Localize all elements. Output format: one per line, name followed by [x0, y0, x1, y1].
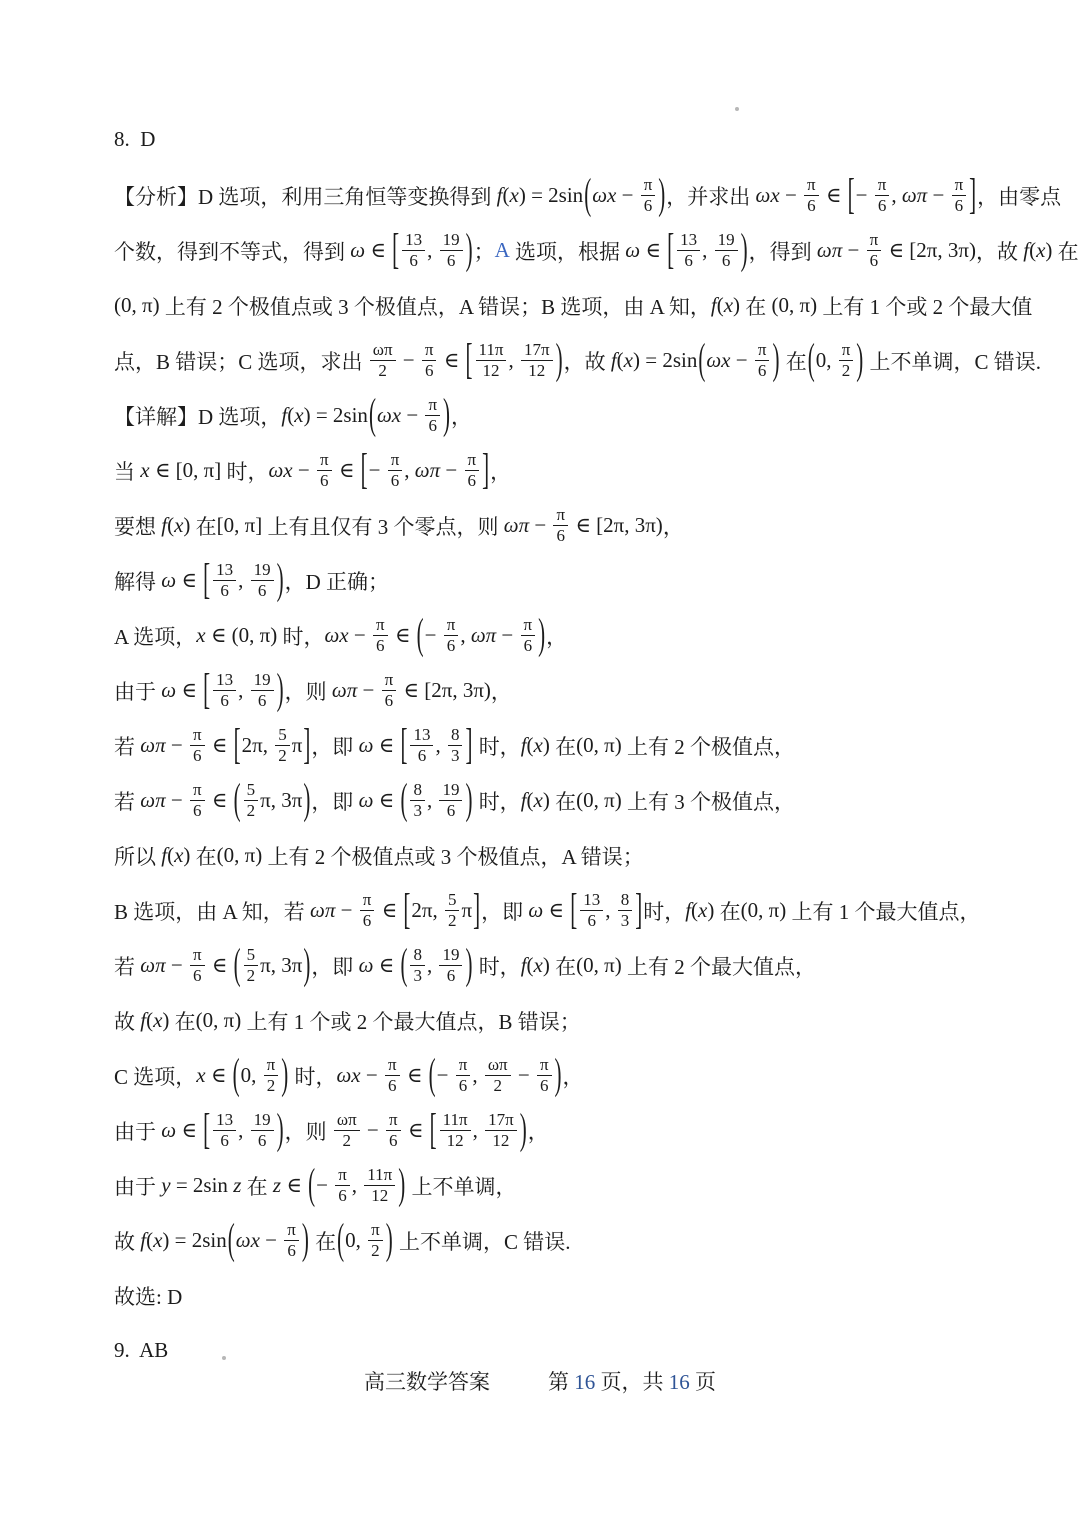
- text-token: 时，: [221, 456, 268, 486]
- text-token: ，: [663, 511, 684, 541]
- text-token: x: [140, 458, 149, 483]
- big-delimiter: (: [399, 939, 408, 990]
- text-token: 上不单调，: [406, 1171, 516, 1201]
- text-token: ) = 2sin: [304, 403, 368, 428]
- text-token: ωx: [324, 623, 348, 648]
- text-token: 在: [780, 346, 806, 376]
- fraction: 196: [251, 671, 274, 710]
- big-delimiter: (: [399, 774, 408, 825]
- text-token: 由于: [114, 1171, 161, 1201]
- detail-line-2: 当 x ∈ [0, π] 时，ωx − π6 ∈ [− π6, ωπ − π6]…: [114, 443, 1004, 498]
- text-token: (: [527, 788, 534, 813]
- text-token: ，: [491, 676, 512, 706]
- text-token: (: [717, 293, 724, 318]
- text-token: ωπ: [140, 733, 165, 758]
- text-token: (: [617, 348, 624, 373]
- fraction: 136: [677, 231, 700, 270]
- text-token: ∈: [373, 953, 399, 978]
- text-token: ωx: [268, 458, 292, 483]
- text-token: ): [707, 898, 714, 923]
- text-token: ωπ: [332, 678, 357, 703]
- text-token: 在: [169, 1006, 195, 1036]
- big-delimiter: [: [399, 719, 408, 770]
- text-token: 上有 3 个极值点，: [622, 786, 795, 816]
- fraction: π6: [465, 451, 480, 490]
- big-delimiter: ): [537, 609, 546, 660]
- text-token: ): [733, 293, 740, 318]
- text-token: −: [401, 403, 423, 428]
- detail-line-5: A 选项，x ∈ (0, π) 时，ωx − π6 ∈ (− π6, ωπ − …: [114, 608, 1004, 663]
- text-token: ，即: [311, 786, 358, 816]
- text-token: 若: [114, 786, 140, 816]
- big-delimiter: (: [368, 389, 377, 440]
- text-token: 在: [241, 1171, 273, 1201]
- text-token: ，故: [976, 236, 1023, 266]
- fraction: π6: [425, 396, 440, 435]
- text-token: x: [174, 843, 183, 868]
- text-token: 时，: [473, 786, 520, 816]
- text-token: −: [780, 183, 802, 208]
- text-token: ，即: [481, 896, 528, 926]
- fraction: π6: [952, 176, 967, 215]
- text-token: ，由零点: [977, 181, 1061, 211]
- analysis-line-4: 点，B 错误；C 选项，求出 ωπ2 − π6 ∈ [11π12, 17π12)…: [114, 333, 1004, 388]
- text-token: (0, π): [196, 1008, 242, 1033]
- fraction: π6: [875, 176, 890, 215]
- text-token: ω: [359, 733, 374, 758]
- text-token: ωx: [377, 403, 401, 428]
- text-token: −: [260, 1228, 282, 1253]
- big-delimiter: [: [429, 1104, 438, 1155]
- big-delimiter: ): [280, 1049, 289, 1100]
- big-delimiter: (: [428, 1049, 437, 1100]
- text-token: −: [731, 348, 753, 373]
- text-token: 在: [310, 1226, 336, 1256]
- text-token: 个数，得到不等式，得到: [114, 236, 350, 266]
- detail-line-15: 由于 y = 2sin z 在 z ∈ (− π6, 11π12) 上不单调，: [114, 1158, 1004, 1213]
- big-delimiter: ): [397, 1159, 406, 1210]
- text-token: ∈: [373, 733, 399, 758]
- text-token: x: [1036, 238, 1045, 263]
- text-token: x: [698, 898, 707, 923]
- text-token: ∈: [176, 568, 202, 593]
- fraction: 83: [618, 891, 633, 930]
- fraction: 52: [244, 781, 259, 820]
- text-token: −: [349, 623, 371, 648]
- fraction: ωπ2: [334, 1111, 360, 1150]
- text-token: ∈: [402, 1063, 428, 1088]
- text-token: (: [691, 898, 698, 923]
- fraction: π6: [422, 341, 437, 380]
- text-token: 上有 2 个最大值点，: [622, 951, 816, 981]
- text-token: ): [162, 1008, 169, 1033]
- footer-doc-title: 高三数学答案: [364, 1370, 490, 1394]
- big-delimiter: [: [569, 884, 578, 935]
- text-token: ∈: [281, 1173, 307, 1198]
- detail-line-3: 要想 f(x) 在[0, π] 上有且仅有 3 个零点，则 ωπ − π6 ∈ …: [114, 498, 1004, 553]
- fraction: π6: [190, 781, 205, 820]
- text-token: ωx: [706, 348, 730, 373]
- text-token: ): [543, 953, 550, 978]
- big-delimiter: (: [697, 334, 706, 385]
- fraction: π6: [867, 231, 882, 270]
- text-token: −: [616, 183, 638, 208]
- fraction: π6: [360, 891, 375, 930]
- big-delimiter: ]: [472, 884, 481, 935]
- big-delimiter: (: [416, 609, 425, 660]
- fraction: π6: [386, 1111, 401, 1150]
- text-token: ,: [427, 788, 438, 813]
- big-delimiter: ): [465, 224, 474, 275]
- text-token: −: [842, 238, 864, 263]
- text-token: π: [292, 733, 303, 758]
- text-token: ；: [474, 236, 495, 266]
- text-token: ,: [605, 898, 616, 923]
- text-token: 在: [1052, 236, 1078, 266]
- detail-line-11: 若 ωπ − π6 ∈ (52π, 3π)，即 ω ∈ (83, 196) 时，…: [114, 938, 1004, 993]
- big-delimiter: ): [855, 334, 864, 385]
- text-token: x: [510, 183, 519, 208]
- footer-page-number: 16: [574, 1370, 595, 1394]
- text-token: 在: [550, 786, 576, 816]
- text-token: ∈: [206, 1063, 232, 1088]
- detail-line-16: 故 f(x) = 2sin(ωx − π6) 在(0, π2) 上不单调，C 错…: [114, 1213, 1004, 1268]
- text-token: ∈: [640, 238, 666, 263]
- text-token: −: [361, 1063, 383, 1088]
- text-token: ∈: [207, 788, 233, 813]
- text-token: x: [534, 733, 543, 758]
- big-delimiter: ): [276, 1104, 285, 1155]
- text-token: 由于: [114, 1116, 161, 1146]
- detail-line-12: 故 f(x) 在(0, π) 上有 1 个或 2 个最大值点，B 错误；: [114, 993, 1004, 1048]
- fraction: π2: [264, 1056, 279, 1095]
- analysis-line-1: 【分析】D 选项，利用三角恒等变换得到 f(x) = 2sin(ωx − π6)…: [114, 168, 1004, 223]
- text-token: x: [153, 1008, 162, 1033]
- text-token: ∈: [334, 458, 360, 483]
- text-token: ωπ: [504, 513, 529, 538]
- text-token: (0, π): [576, 953, 622, 978]
- text-token: 当: [114, 456, 140, 486]
- fraction: π6: [284, 1221, 299, 1260]
- fraction: 136: [213, 671, 236, 710]
- text-token: 在: [190, 841, 216, 871]
- big-delimiter: ): [276, 554, 285, 605]
- fraction: 136: [580, 891, 603, 930]
- text-token: (0, π): [741, 898, 787, 923]
- text-token: z: [233, 1173, 241, 1198]
- text-token: −: [293, 458, 315, 483]
- text-token: ): [1045, 238, 1052, 263]
- text-token: −: [166, 733, 188, 758]
- text-token: ω: [359, 953, 374, 978]
- detail-line-1: 【详解】D 选项，f(x) = 2sin(ωx − π6)，: [114, 388, 1004, 443]
- text-token: x: [624, 348, 633, 373]
- text-token: ,: [427, 238, 438, 263]
- text-token: ∈: [543, 898, 569, 923]
- text-token: ∈: [207, 733, 233, 758]
- fraction: 52: [445, 891, 460, 930]
- text-token: −: [437, 1063, 454, 1088]
- text-token: 上有 1 个最大值点，: [786, 896, 980, 926]
- text-token: 上有 1 个或 2 个最大值: [817, 291, 1032, 321]
- text-token: 要想: [114, 511, 161, 541]
- fraction: π6: [317, 451, 332, 490]
- big-delimiter: ): [301, 1214, 310, 1265]
- big-delimiter: (: [227, 1214, 236, 1265]
- scan-artifact-dot: [222, 1356, 226, 1360]
- detail-line-10: B 选项，由 A 知，若 ωπ − π6 ∈ [2π, 52π]，即 ω ∈ […: [114, 883, 1004, 938]
- big-delimiter: ]: [302, 719, 311, 770]
- big-delimiter: [: [233, 719, 242, 770]
- text-token: 在: [550, 731, 576, 761]
- fraction: 136: [410, 726, 433, 765]
- text-token: ，D 正确；: [285, 566, 389, 596]
- answer-choice-line: 故选: D: [114, 1268, 1004, 1323]
- fraction: π6: [388, 451, 403, 490]
- text-token: −: [316, 1173, 333, 1198]
- text-token: ,: [508, 348, 519, 373]
- text-token: ∈: [438, 348, 464, 373]
- text-token: ∈: [821, 183, 847, 208]
- fraction: 136: [402, 231, 425, 270]
- text-token: ω: [161, 568, 176, 593]
- text-token: A: [495, 238, 510, 263]
- big-delimiter: ): [657, 169, 666, 220]
- text-token: ∈: [390, 623, 416, 648]
- text-token: ) = 2sin: [162, 1228, 226, 1253]
- text-token: ，即: [311, 731, 358, 761]
- text-token: (: [1029, 238, 1036, 263]
- fraction: π6: [190, 726, 205, 765]
- text-token: 时，: [289, 1061, 336, 1091]
- text-token: 9. AB: [114, 1338, 168, 1363]
- text-token: ω: [161, 678, 176, 703]
- big-delimiter: ): [519, 1104, 528, 1155]
- text-token: 故选: D: [114, 1281, 182, 1311]
- text-token: −: [529, 513, 551, 538]
- footer-text: 第: [548, 1370, 574, 1394]
- text-token: A 选项，: [114, 621, 196, 651]
- text-token: −: [513, 1063, 535, 1088]
- big-delimiter: (: [233, 774, 242, 825]
- text-token: ∈ (0, π): [206, 623, 278, 648]
- text-token: 2π,: [242, 733, 274, 758]
- text-token: 所以: [114, 841, 161, 871]
- text-token: x: [196, 1063, 205, 1088]
- text-token: ，即: [311, 951, 358, 981]
- text-token: 时，: [277, 621, 324, 651]
- text-token: −: [357, 678, 379, 703]
- big-delimiter: ): [276, 664, 285, 715]
- text-token: z: [273, 1173, 281, 1198]
- text-token: 选项，根据: [510, 236, 626, 266]
- text-token: ,: [404, 458, 415, 483]
- text-token: 上有 2 个极值点或 3 个极值点，A 错误；: [262, 841, 644, 871]
- text-token: x: [174, 513, 183, 538]
- text-token: 8. D: [114, 127, 155, 152]
- big-delimiter: (: [307, 1159, 316, 1210]
- text-token: ) = 2sin: [519, 183, 583, 208]
- text-token: ,: [238, 1118, 249, 1143]
- big-delimiter: (: [807, 334, 816, 385]
- detail-line-6: 由于 ω ∈ [136, 196)，则 ωπ − π6 ∈ [2π, 3π)，: [114, 663, 1004, 718]
- text-token: 0,: [241, 1063, 262, 1088]
- text-token: ,: [352, 1173, 363, 1198]
- text-token: 时，: [643, 896, 685, 926]
- fraction: 11π12: [476, 341, 507, 380]
- text-token: ): [543, 788, 550, 813]
- text-token: x: [534, 953, 543, 978]
- text-token: 【详解】D 选项，: [114, 401, 281, 431]
- big-delimiter: ): [464, 939, 473, 990]
- text-token: π, 3π: [260, 953, 302, 978]
- text-token: ,: [702, 238, 713, 263]
- answer-lines: 8. D【分析】D 选项，利用三角恒等变换得到 f(x) = 2sin(ωx −…: [114, 116, 1004, 1378]
- answer-sheet-page: 8. D【分析】D 选项，利用三角恒等变换得到 f(x) = 2sin(ωx −…: [0, 0, 1080, 1528]
- text-token: (: [527, 733, 534, 758]
- fraction: 83: [410, 781, 425, 820]
- fraction: π6: [335, 1166, 350, 1205]
- text-token: ,: [472, 1063, 483, 1088]
- text-token: −: [369, 458, 386, 483]
- big-delimiter: (: [232, 1049, 241, 1100]
- text-token: ，: [490, 456, 511, 486]
- text-token: 上不单调，C 错误.: [394, 1226, 571, 1256]
- fraction: 11π12: [364, 1166, 395, 1205]
- text-token: (: [527, 953, 534, 978]
- fraction: π6: [804, 176, 819, 215]
- text-token: ωx: [336, 1063, 360, 1088]
- text-token: ，得到: [749, 236, 817, 266]
- text-token: −: [335, 898, 357, 923]
- text-token: ,: [460, 623, 471, 648]
- big-delimiter: [: [202, 1104, 211, 1155]
- fraction: 196: [439, 946, 462, 985]
- text-token: 在: [190, 511, 216, 541]
- fraction: π2: [368, 1221, 383, 1260]
- text-token: (: [503, 183, 510, 208]
- text-token: ωx: [236, 1228, 260, 1253]
- text-token: x: [196, 623, 205, 648]
- text-token: −: [425, 623, 442, 648]
- text-token: 上不单调，C 错误.: [864, 346, 1041, 376]
- text-token: ，: [563, 1061, 584, 1091]
- text-token: 故: [114, 1226, 140, 1256]
- footer-text: 页，共: [595, 1370, 669, 1394]
- big-delimiter: ]: [464, 719, 473, 770]
- text-token: ωπ: [140, 953, 165, 978]
- text-token: ω: [359, 788, 374, 813]
- big-delimiter: [: [666, 224, 675, 275]
- text-token: [0, π]: [217, 513, 263, 538]
- text-token: ωπ: [310, 898, 335, 923]
- big-delimiter: [: [391, 224, 400, 275]
- detail-line-14: 由于 ω ∈ [136, 196)，则 ωπ2 − π6 ∈ [11π12, 1…: [114, 1103, 1004, 1158]
- text-token: 0,: [345, 1228, 366, 1253]
- fraction: 52: [275, 726, 290, 765]
- text-token: ): [183, 843, 190, 868]
- text-token: ，: [528, 1116, 549, 1146]
- text-token: ∈: [373, 788, 399, 813]
- fraction: π2: [839, 341, 854, 380]
- text-token: 上有 2 个极值点，: [622, 731, 795, 761]
- text-token: 【分析】D 选项，利用三角恒等变换得到: [114, 181, 497, 211]
- text-token: ，并求出: [666, 181, 755, 211]
- text-token: ,: [427, 953, 438, 978]
- fraction: 136: [213, 1111, 236, 1150]
- text-token: ωπ: [817, 238, 842, 263]
- big-delimiter: ]: [481, 444, 490, 495]
- text-token: 若: [114, 731, 140, 761]
- text-token: y: [161, 1173, 170, 1198]
- big-delimiter: ]: [634, 884, 643, 935]
- text-token: 2π,: [411, 898, 443, 923]
- text-token: (0, π): [576, 733, 622, 758]
- text-token: −: [362, 1118, 384, 1143]
- text-token: 时，: [473, 951, 520, 981]
- text-token: ，: [546, 621, 567, 651]
- fraction: π6: [382, 671, 397, 710]
- fraction: 196: [715, 231, 738, 270]
- text-token: ωπ: [415, 458, 440, 483]
- text-token: 上有且仅有 3 个零点，则: [262, 511, 504, 541]
- text-token: π, 3π: [260, 788, 302, 813]
- big-delimiter: ): [302, 774, 311, 825]
- text-token: ∈ [2π, 3π): [570, 513, 663, 538]
- text-token: ω: [161, 1118, 176, 1143]
- big-delimiter: [: [202, 554, 211, 605]
- text-token: ): [183, 513, 190, 538]
- detail-line-8: 若 ωπ − π6 ∈ (52π, 3π)，即 ω ∈ (83, 196) 时，…: [114, 773, 1004, 828]
- big-delimiter: (: [583, 169, 592, 220]
- text-token: ∈ [2π, 3π): [398, 678, 491, 703]
- detail-line-9: 所以 f(x) 在(0, π) 上有 2 个极值点或 3 个极值点，A 错误；: [114, 828, 1004, 883]
- fraction: π6: [521, 616, 536, 655]
- text-token: ω: [625, 238, 640, 263]
- text-token: 时，: [473, 731, 520, 761]
- text-token: ∈: [207, 953, 233, 978]
- text-token: x: [534, 788, 543, 813]
- text-token: 由于: [114, 676, 161, 706]
- text-token: −: [166, 953, 188, 978]
- text-token: −: [856, 183, 873, 208]
- fraction: 11π12: [440, 1111, 471, 1150]
- text-token: −: [496, 623, 518, 648]
- text-token: π: [461, 898, 472, 923]
- detail-line-13: C 选项，x ∈ (0, π2) 时，ωx − π6 ∈ (− π6, ωπ2 …: [114, 1048, 1004, 1103]
- text-token: ,: [238, 678, 249, 703]
- text-token: ωx: [756, 183, 780, 208]
- text-token: (0, π): [114, 293, 160, 318]
- big-delimiter: [: [202, 664, 211, 715]
- text-token: ∈: [376, 898, 402, 923]
- big-delimiter: (: [233, 939, 242, 990]
- big-delimiter: ): [740, 224, 749, 275]
- page-footer: 高三数学答案第 16 页，共 16 页: [0, 1366, 1080, 1396]
- text-token: ,: [891, 183, 902, 208]
- text-token: 故: [114, 1006, 140, 1036]
- fraction: 52: [244, 946, 259, 985]
- text-token: ∈ [0, π]: [150, 458, 222, 483]
- scan-artifact-dot: [735, 107, 739, 111]
- big-delimiter: ): [771, 334, 780, 385]
- fraction: 196: [439, 781, 462, 820]
- big-delimiter: ): [554, 1049, 563, 1100]
- text-token: x: [294, 403, 303, 428]
- text-token: (0, π): [576, 788, 622, 813]
- text-token: ω: [528, 898, 543, 923]
- fraction: 17π12: [521, 341, 553, 380]
